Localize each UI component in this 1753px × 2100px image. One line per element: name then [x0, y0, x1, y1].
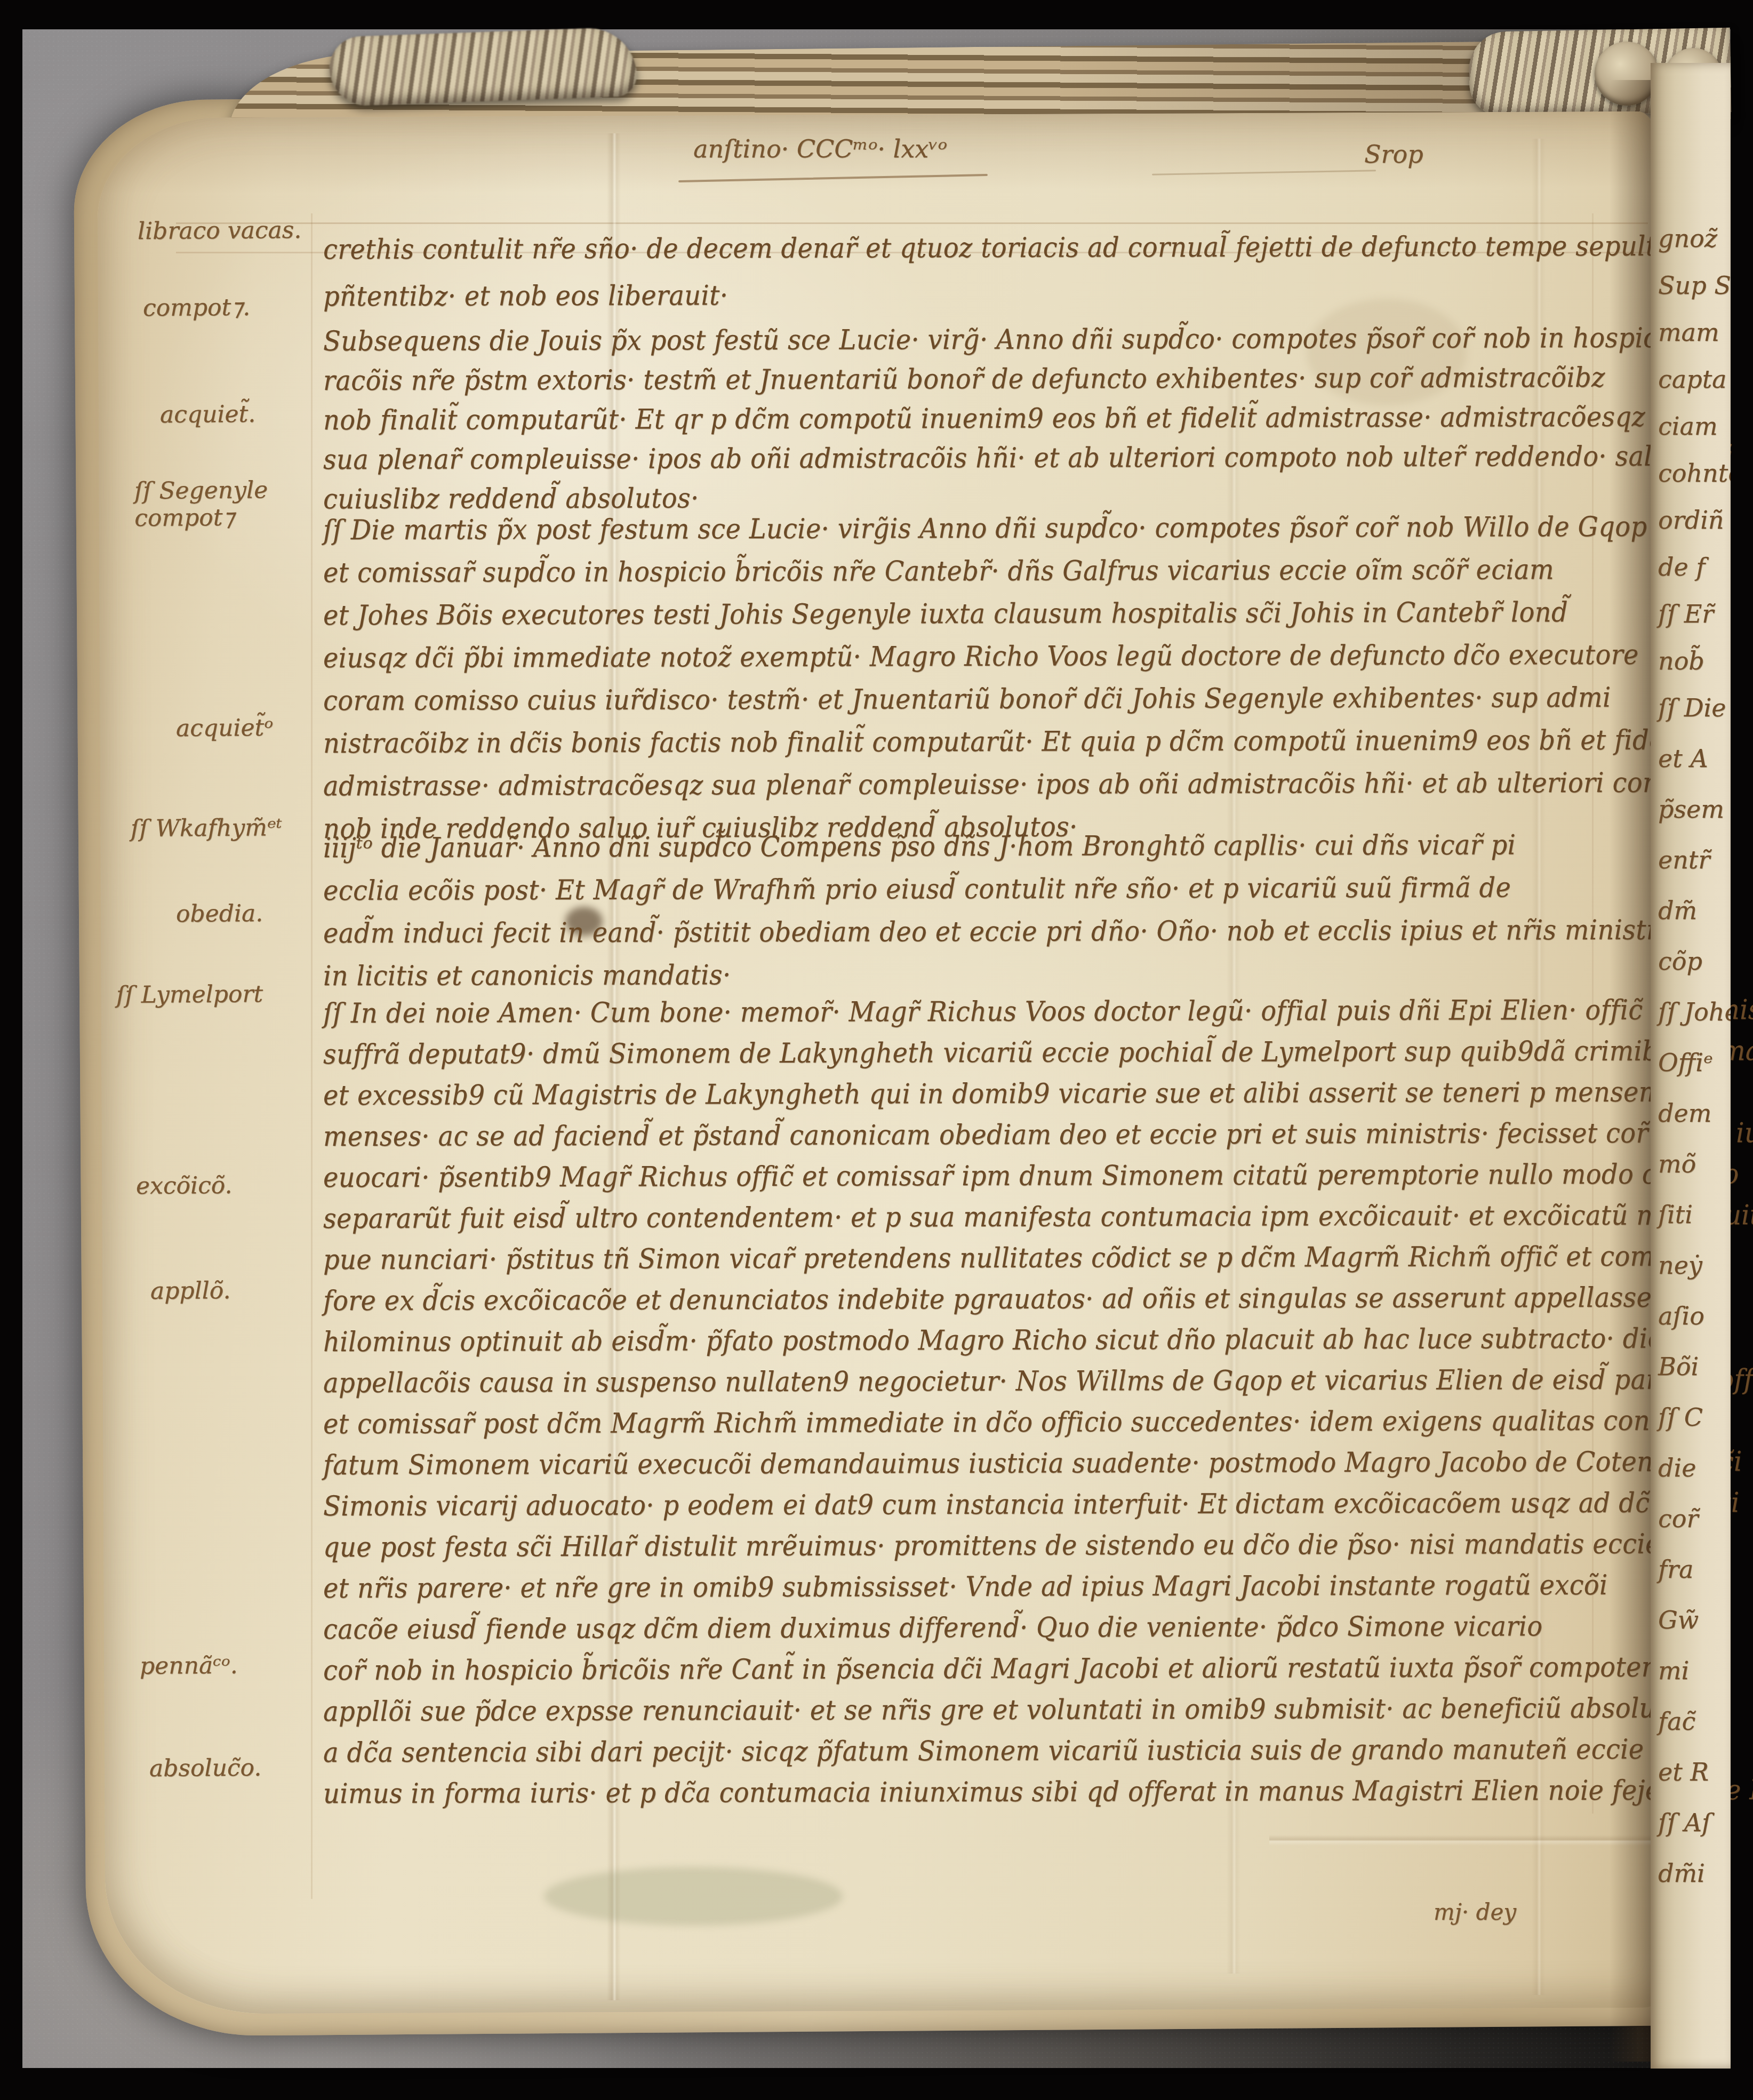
facing-text-fragment: ſſ Die [1658, 693, 1726, 722]
text-line: appellacõis causa in suspenso nullaten9 … [323, 1363, 1753, 1399]
text-line: cor̃ nob in hospicio b̃ricõis nr̃e Cant̃… [323, 1651, 1669, 1687]
margin-note: ſſ Segenyle compot⁊ [134, 476, 268, 532]
facing-text-fragment: ciam [1658, 412, 1718, 441]
facing-text-fragment: et R [1658, 1758, 1709, 1786]
facing-text-fragment: ſſ Aſ [1658, 1808, 1711, 1837]
facing-text-fragment: Offiᵉ [1658, 1048, 1713, 1077]
text-line: et Johes Bõis executores testi Johis Seg… [323, 596, 1568, 632]
facing-text-fragment: entr̃ [1658, 845, 1710, 874]
manuscript-photo: anſtino· CCCᵐᵒ· lxxᵛᵒ Srop crethis contu… [0, 0, 1753, 2100]
text-line: Simonis vicarij aduocato· p eodem ei dat… [323, 1487, 1740, 1522]
text-line: racõis nr̃e p̃stm extoris· testm̃ et Jnu… [323, 362, 1605, 397]
margin-note: acquiet̃. [160, 401, 256, 428]
text-line: cacõe eiusd̃ fiende usqz dc̃m diem duxim… [323, 1610, 1543, 1646]
facing-text-fragment: et A [1658, 744, 1708, 773]
facing-text-fragment: Sup S [1658, 271, 1731, 300]
text-line: nistracõibz in dc̃is bonis factis nob fi… [323, 724, 1692, 760]
facing-text-fragment: neẏ [1658, 1251, 1702, 1280]
ruling-line-vertical [311, 213, 313, 1899]
text-line: coram comisso cuius iur̃disco· testm̃· e… [323, 682, 1611, 717]
text-line: et comissar̃ post dc̃m Magrm̃ Richm̃ imm… [323, 1404, 1713, 1440]
text-line: fatum Simonem vicariũ execucõi demandaui… [323, 1446, 1742, 1481]
facing-text-fragment: gnoz̃ [1658, 224, 1717, 253]
facing-text-fragment: Gw̃ [1658, 1606, 1699, 1634]
facing-text-fragment: nob̃ [1658, 646, 1704, 675]
text-line: et excessib9 cũ Magistris de Lakyngheth … [323, 1076, 1722, 1112]
parchment-crease [1269, 1835, 1653, 1846]
folio-place-heading: Srop [1364, 140, 1423, 169]
text-line: crethis contulit nr̃e sño· de decem dena… [323, 230, 1685, 266]
text-line: pue nunciari· p̃stitus tñ Simon vicar̃ p… [323, 1240, 1717, 1276]
facing-text-fragment: ſiti [1658, 1200, 1693, 1229]
ruling-line-horizontal [176, 222, 1648, 224]
text-line: suffrã deputat9· dmũ Simonem de Lakynghe… [323, 1035, 1753, 1071]
facing-text-fragment: fac̃ [1658, 1707, 1695, 1736]
facing-text-fragment: ſſ Er̃ [1658, 600, 1714, 628]
facing-text-fragment: cor̃ [1658, 1504, 1698, 1533]
facing-text-fragment: ſſ C [1658, 1403, 1703, 1432]
facing-text-fragment: dm̃i [1658, 1859, 1705, 1888]
text-line: ead̃m induci fecit in eand̃· p̃stitit ob… [323, 914, 1680, 949]
margin-note: obedia. [176, 900, 263, 928]
text-line: hilominus optinuit ab eisd̃m· p̃fato pos… [323, 1322, 1712, 1358]
text-line: a dc̃a sentencia sibi dari pecijt· sicqz… [323, 1733, 1722, 1769]
facing-text-fragment: dm̃ [1658, 896, 1697, 925]
facing-text-fragment: ordiñ [1658, 506, 1724, 534]
quire-catchword: mj· dey [1434, 1899, 1516, 1925]
facing-text-fragment: Bõi [1658, 1352, 1699, 1381]
text-line: cuiuslibz reddend̃ absolutos· [323, 482, 699, 515]
margin-note: libraco vacas. [138, 217, 302, 245]
facing-text-fragment: cõp [1658, 947, 1702, 976]
facing-text-fragment: de f [1658, 553, 1705, 581]
margin-note: compot⁊. [143, 294, 250, 322]
facing-text-fragment: fra [1658, 1555, 1693, 1584]
headband-fray-left [329, 27, 637, 107]
text-line: sua plenar̃ compleuisse· ipos ab oñi adm… [323, 440, 1730, 476]
text-line: Subsequens die Jouis p̃x post festũ sce … [323, 322, 1727, 357]
text-line: in licitis et canonicis mandatis· [323, 959, 731, 992]
bleedthrough-smudge [544, 1867, 843, 1926]
text-line: admistrasse· admistracõesqz sua plenar̃ … [323, 766, 1725, 802]
text-line: uimus in forma iuris· et p dc̃a contumac… [323, 1774, 1753, 1810]
text-line: separarũt fuit eisd̃ ultro contendentem·… [323, 1199, 1753, 1234]
text-line: menses· ac se ad faciend̃ et p̃stand̃ ca… [323, 1117, 1753, 1153]
text-line: appllõi sue p̃dce expsse renunciauit· et… [323, 1692, 1692, 1728]
facing-text-fragment: mam [1658, 318, 1719, 347]
facing-text-fragment: p̃sem [1658, 795, 1724, 824]
margin-note: absoluc̃o. [149, 1754, 262, 1782]
margin-note: ſſ Wkafhym̃ᵉᵗ [131, 814, 282, 842]
facing-folio-edge: gnoz̃Sup Smamcaptaciamcohnteordiñde fſſ … [1651, 63, 1731, 2069]
facing-text-fragment: ſſ Johe [1658, 997, 1731, 1026]
text-line: ſſ Die martis p̃x post festum sce Lucie·… [323, 510, 1713, 546]
text-line: ecclia ecõis post· Et Magr̃ de Wrafhm̃ p… [323, 872, 1511, 907]
facing-text-fragment: capta [1658, 365, 1727, 394]
margin-note: ſſ Lymelport [116, 980, 263, 1009]
margin-note: appllõ. [150, 1277, 231, 1305]
text-line: iiijᵗᵒ die Januar̃· Anno dñi supd̃co Com… [323, 829, 1516, 864]
margin-note: excõicõ. [136, 1172, 233, 1200]
facing-text-fragment: cohnte [1658, 459, 1731, 488]
margin-note: pennãᶜᵒ. [140, 1652, 238, 1680]
facing-text-fragment: mõ [1658, 1149, 1696, 1178]
facing-text-fragment: mi [1658, 1656, 1689, 1685]
text-line: pñtentibz· et nob eos liberauit· [323, 280, 728, 313]
text-line: nob finalit̃ computarũt· Et qr p dc̃m co… [323, 401, 1645, 436]
text-line: euocari· p̃sentib9 Magr̃ Richus offic̃ e… [323, 1158, 1739, 1194]
facing-text-fragment: die [1658, 1454, 1696, 1482]
text-line: ſſ In dei noie Amen· Cum bone· memor̃· M… [323, 994, 1753, 1029]
facing-text-fragment: aſio [1658, 1301, 1704, 1330]
margin-note: acquiet̃ᵒ [176, 714, 273, 742]
text-line: et nr̃is parere· et nr̃e gre in omib9 su… [323, 1569, 1608, 1604]
folio-year-heading: anſtino· CCCᵐᵒ· lxxᵛᵒ [693, 134, 947, 163]
text-line: fore ex d̃cis excõicacõe et denunciatos … [323, 1281, 1727, 1317]
facing-text-fragment: dem [1658, 1099, 1711, 1128]
text-line: eiusqz dc̃i p̃bi immediate notoz̃ exempt… [323, 639, 1639, 674]
text-line: que post festa sc̃i Hillar̃ distulit mrẽ… [323, 1528, 1661, 1563]
text-line: et comissar̃ supd̃co in hospicio b̃ricõi… [323, 554, 1554, 589]
